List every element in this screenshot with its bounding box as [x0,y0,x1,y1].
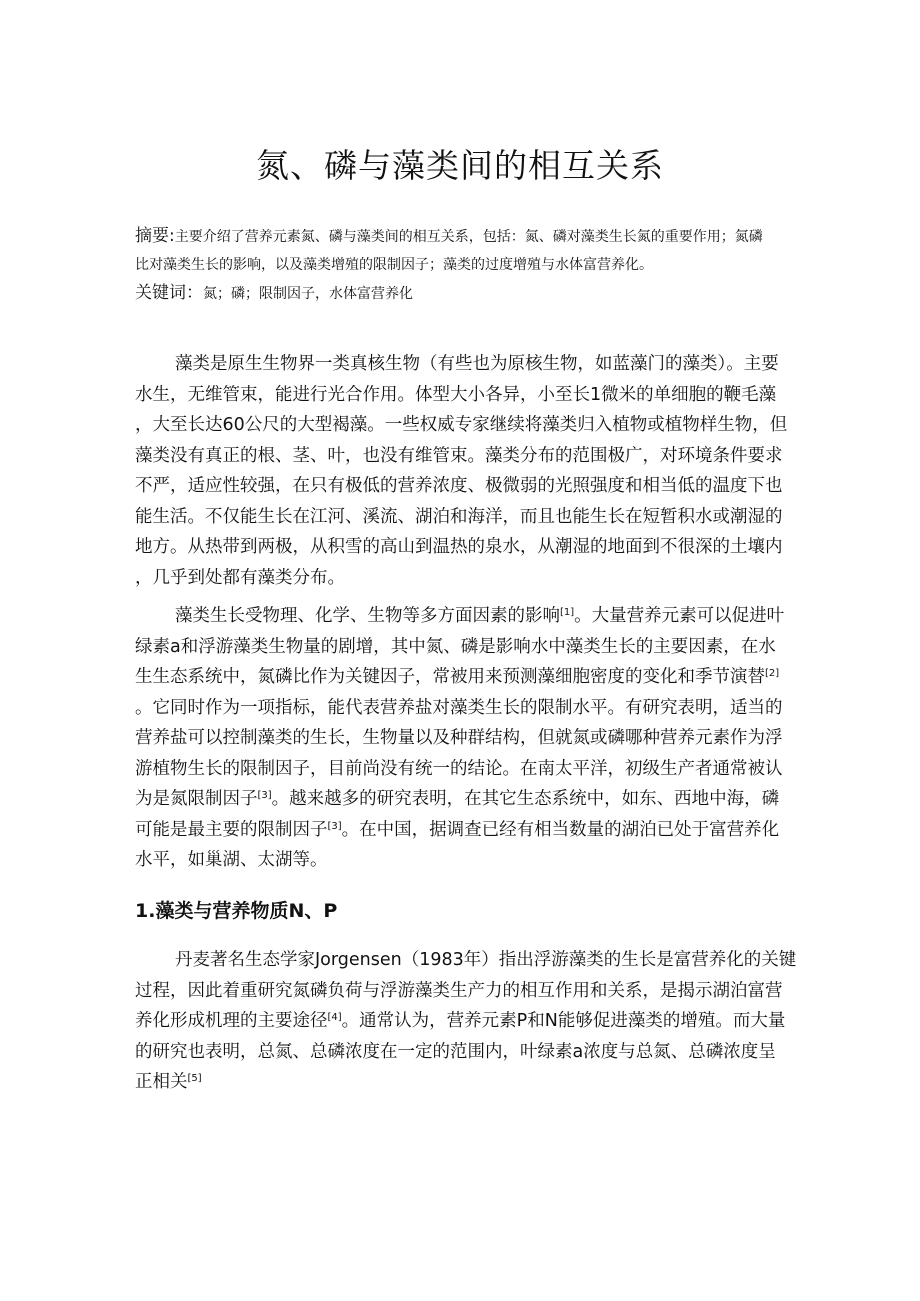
paragraph-line: 可能是最主要的限制因子[3]。在中国，据调查已经有相当数量的湖泊已处于富营养化 [135,815,790,846]
paragraph-line: 养化形成机理的主要途径[4]。通常认为，营养元素P和N能够促进藻类的增殖。而大量 [135,1006,790,1037]
paragraph-line: 绿素a和浮游藻类生物量的剧增，其中氮、磷是影响水中藻类生长的主要因素，在水 [135,632,790,663]
text-run: 藻类生长受物理、化学、生物等多方面因素的影响 [175,606,560,626]
paragraph-line: 藻类没有真正的根、茎、叶，也没有维管束。藻类分布的范围极广，对环境条件要求 [135,441,790,472]
paragraph-line: ，大至长达60公尺的大型褐藻。一些权威专家继续将藻类归入植物或植物样生物，但 [135,410,790,441]
text-run: 为是氮限制因子 [135,789,258,809]
paragraph-2: 藻类生长受物理、化学、生物等多方面因素的影响[1]。大量营养元素可以促进叶 绿素… [135,601,790,876]
text-run: 。越来越多的研究表明，在其它生态系统中，如东、西地中海，磷 [272,789,780,809]
paragraph-line: 正相关[5] [135,1067,790,1098]
paragraph-1: 藻类是原生生物界一类真核生物（有些也为原核生物，如蓝藻门的藻类）。主要 水生，无… [135,349,790,593]
citation-ref[interactable]: [1] [560,607,574,618]
paragraph-line: 游植物生长的限制因子，目前尚没有统一的结论。在南太平洋，初级生产者通常被认 [135,754,790,785]
citation-ref[interactable]: [3] [258,790,272,801]
text-run: 。通常认为，营养元素P和N能够促进藻类的增殖。而大量 [342,1011,786,1031]
citation-ref[interactable]: [4] [328,1012,342,1023]
paragraph-line: 不严，适应性较强，在只有极低的营养浓度、极微弱的光照强度和相当低的温度下也 [135,471,790,502]
text-run: 正相关 [135,1072,188,1092]
keywords-label: 关键词： [135,283,203,303]
keywords: 关键词：氮；磷；限制因子，水体富营养化 [135,279,413,308]
text-run: 。在中国，据调查已经有相当数量的湖泊已处于富营养化 [342,820,780,840]
section-heading: 1.藻类与营养物质N、P [135,896,337,923]
paragraph-line: 水生，无维管束，能进行光合作用。体型大小各异，小至长1微米的单细胞的鞭毛藻 [135,380,790,411]
document-title: 氮、磷与藻类间的相互关系 [0,140,920,187]
paragraph-line: ，几乎到处都有藻类分布。 [135,563,790,594]
paragraph-line: 藻类是原生生物界一类真核生物（有些也为原核生物，如蓝藻门的藻类）。主要 [135,349,790,380]
paragraph-line: 过程，因此着重研究氮磷负荷与浮游藻类生产力的相互作用和关系，是揭示湖泊富营 [135,976,790,1007]
paragraph-line: 生生态系统中，氮磷比作为关键因子，常被用来预测藻细胞密度的变化和季节演替[2] [135,662,790,693]
paragraph-line: 的研究也表明，总氮、总磷浓度在一定的范围内，叶绿素a浓度与总氮、总磷浓度呈 [135,1037,790,1068]
abstract-line-1: 摘要:主要介绍了营养元素氮、磷与藻类间的相互关系，包括：氮、磷对藻类生长氮的重要… [135,222,790,251]
text-run: 生生态系统中，氮磷比作为关键因子，常被用来预测藻细胞密度的变化和季节演替 [135,667,765,687]
paragraph-line: 水平，如巢湖、太湖等。 [135,845,790,876]
citation-ref[interactable]: [3] [328,821,342,832]
citation-ref[interactable]: [5] [188,1073,202,1084]
abstract: 摘要:主要介绍了营养元素氮、磷与藻类间的相互关系，包括：氮、磷对藻类生长氮的重要… [135,222,790,279]
paragraph-line: 丹麦著名生态学家Jorgensen（1983年）指出浮游藻类的生长是富营养化的关… [135,945,790,976]
paragraph-line: 营养盐可以控制藻类的生长，生物量以及种群结构，但就氮或磷哪种营养元素作为浮 [135,723,790,754]
keywords-text: 氮；磷；限制因子，水体富营养化 [203,286,413,302]
paragraph-line: 能生活。不仅能生长在江河、溪流、湖泊和海洋，而且也能生长在短暂积水或潮湿的 [135,502,790,533]
abstract-text-1: 主要介绍了营养元素氮、磷与藻类间的相互关系，包括：氮、磷对藻类生长氮的重要作用；… [175,229,763,245]
text-run: 养化形成机理的主要途径 [135,1011,328,1031]
citation-ref[interactable]: [2] [765,668,779,679]
paragraph-line: 为是氮限制因子[3]。越来越多的研究表明，在其它生态系统中，如东、西地中海，磷 [135,784,790,815]
text-run: 可能是最主要的限制因子 [135,820,328,840]
abstract-label: 摘要: [135,226,175,246]
text-run: 。大量营养元素可以促进叶 [574,606,784,626]
paragraph-line: 地方。从热带到两极，从积雪的高山到温热的泉水，从潮湿的地面到不很深的土壤内 [135,532,790,563]
abstract-line-2: 比对藻类生长的影响，以及藻类增殖的限制因子；藻类的过度增殖与水体富营养化。 [135,251,790,279]
paragraph-line: 。它同时作为一项指标，能代表营养盐对藻类生长的限制水平。有研究表明，适当的 [135,693,790,724]
paragraph-line: 藻类生长受物理、化学、生物等多方面因素的影响[1]。大量营养元素可以促进叶 [135,601,790,632]
paragraph-3: 丹麦著名生态学家Jorgensen（1983年）指出浮游藻类的生长是富营养化的关… [135,945,790,1098]
document-page: 氮、磷与藻类间的相互关系 摘要:主要介绍了营养元素氮、磷与藻类间的相互关系，包括… [0,0,920,1301]
